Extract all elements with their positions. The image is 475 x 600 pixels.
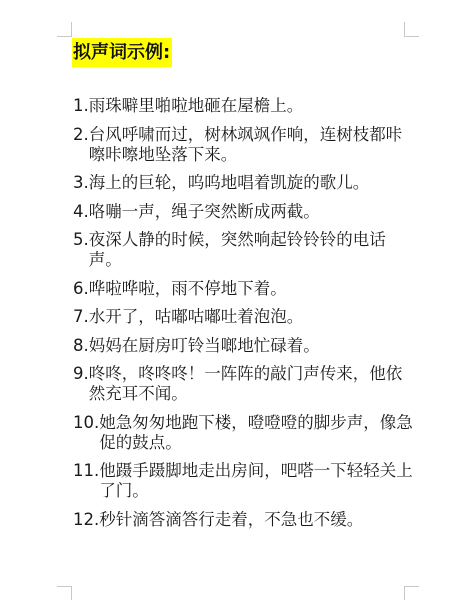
item-text: 她急匆匆地跑下楼，噔噔噔的脚步声，像急促的鼓点。 <box>99 413 418 453</box>
list-item: 8.妈妈在厨房叮铃当啷地忙碌着。 <box>73 336 418 356</box>
item-number: 11. <box>73 461 99 501</box>
item-text: 他蹑手蹑脚地走出房间，吧嗒一下轻轻关上了门。 <box>99 461 418 501</box>
list-item: 4.咯嘣一声，绳子突然断成两截。 <box>73 202 418 222</box>
item-number: 12. <box>73 510 99 530</box>
page-corner-mark-bottom-left <box>57 586 72 600</box>
item-text: 咯嘣一声，绳子突然断成两截。 <box>89 202 418 222</box>
item-number: 8. <box>73 336 89 356</box>
item-number: 10. <box>73 413 99 453</box>
item-text: 哗啦哗啦，雨不停地下着。 <box>89 279 418 299</box>
list-item: 5.夜深人静的时候，突然响起铃铃铃的电话声。 <box>73 230 418 270</box>
page-corner-mark-top-left <box>57 22 72 37</box>
item-text: 海上的巨轮，呜呜地唱着凯旋的歌儿。 <box>89 173 418 193</box>
item-text: 水开了，咕嘟咕嘟吐着泡泡。 <box>89 307 418 327</box>
item-number: 6. <box>73 279 89 299</box>
list-item: 6.哗啦哗啦，雨不停地下着。 <box>73 279 418 299</box>
item-number: 9. <box>73 364 89 404</box>
page-corner-mark-top-right <box>404 22 419 37</box>
item-text: 夜深人静的时候，突然响起铃铃铃的电话声。 <box>89 230 418 270</box>
item-number: 1. <box>73 96 89 116</box>
item-text: 雨珠噼里啪啦地砸在屋檐上。 <box>89 96 418 116</box>
item-number: 4. <box>73 202 89 222</box>
item-text: 台风呼啸而过，树林飒飒作响，连树枝都咔嚓咔嚓地坠落下来。 <box>89 125 418 165</box>
list-item: 2.台风呼啸而过，树林飒飒作响，连树枝都咔嚓咔嚓地坠落下来。 <box>73 125 418 165</box>
item-number: 7. <box>73 307 89 327</box>
item-text: 妈妈在厨房叮铃当啷地忙碌着。 <box>89 336 418 356</box>
list-item: 10.她急匆匆地跑下楼，噔噔噔的脚步声，像急促的鼓点。 <box>73 413 418 453</box>
example-list: 1.雨珠噼里啪啦地砸在屋檐上。 2.台风呼啸而过，树林飒飒作响，连树枝都咔嚓咔嚓… <box>73 96 418 538</box>
list-item: 12.秒针滴答滴答行走着，不急也不缓。 <box>73 510 418 530</box>
list-item: 9.咚咚，咚咚咚！一阵阵的敲门声传来，他依然充耳不闻。 <box>73 364 418 404</box>
item-number: 2. <box>73 125 89 165</box>
list-item: 3.海上的巨轮，呜呜地唱着凯旋的歌儿。 <box>73 173 418 193</box>
page-corner-mark-bottom-right <box>404 586 419 600</box>
list-item: 11.他蹑手蹑脚地走出房间，吧嗒一下轻轻关上了门。 <box>73 461 418 501</box>
item-text: 秒针滴答滴答行走着，不急也不缓。 <box>99 510 418 530</box>
list-item: 1.雨珠噼里啪啦地砸在屋檐上。 <box>73 96 418 116</box>
item-text: 咚咚，咚咚咚！一阵阵的敲门声传来，他依然充耳不闻。 <box>89 364 418 404</box>
item-number: 3. <box>73 173 89 193</box>
list-item: 7.水开了，咕嘟咕嘟吐着泡泡。 <box>73 307 418 327</box>
document-title: 拟声词示例: <box>72 38 172 67</box>
item-number: 5. <box>73 230 89 270</box>
